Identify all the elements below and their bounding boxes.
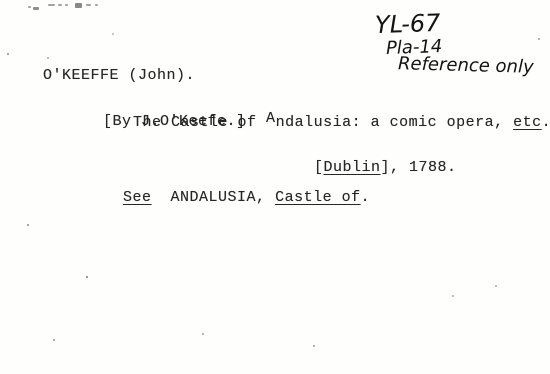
- title-text-end: .: [542, 114, 550, 131]
- handwritten-shelfmark-line1: YL-67: [375, 9, 441, 39]
- title-raised-letter: A: [266, 110, 276, 127]
- handwritten-reference-note: Reference only: [398, 53, 534, 78]
- smudge-mark: [75, 3, 82, 8]
- smudge-mark: [86, 4, 91, 6]
- smudge-mark: [58, 4, 62, 6]
- smudge-mark: [65, 4, 68, 6]
- scan-speckles: [7, 53, 9, 55]
- catalog-card-scan: YL-67 Pla-14 Reference only O'KEEFFE (Jo…: [0, 0, 550, 374]
- smudge-mark: [33, 7, 39, 10]
- imprint-rest: ], 1788.: [381, 159, 457, 176]
- see-reference-line: See ANDALUSIA, Castle of.: [85, 174, 370, 222]
- smudge-mark: [28, 6, 31, 8]
- smudge-mark: [95, 4, 98, 6]
- see-reference-end: .: [361, 189, 371, 206]
- author-heading: O'KEEFFE (John).: [43, 68, 195, 84]
- byline: [By J.O'Keefe.]: [103, 114, 246, 130]
- see-reference-mid: ANDALUSIA,: [152, 189, 276, 206]
- smudge-mark: [48, 4, 55, 6]
- see-word-underlined: See: [123, 189, 152, 206]
- title-text-mid: ndalusia: a comic opera,: [276, 114, 514, 131]
- title-etc-underlined: etc: [513, 114, 542, 131]
- see-reference-castle-underlined: Castle of: [275, 189, 361, 206]
